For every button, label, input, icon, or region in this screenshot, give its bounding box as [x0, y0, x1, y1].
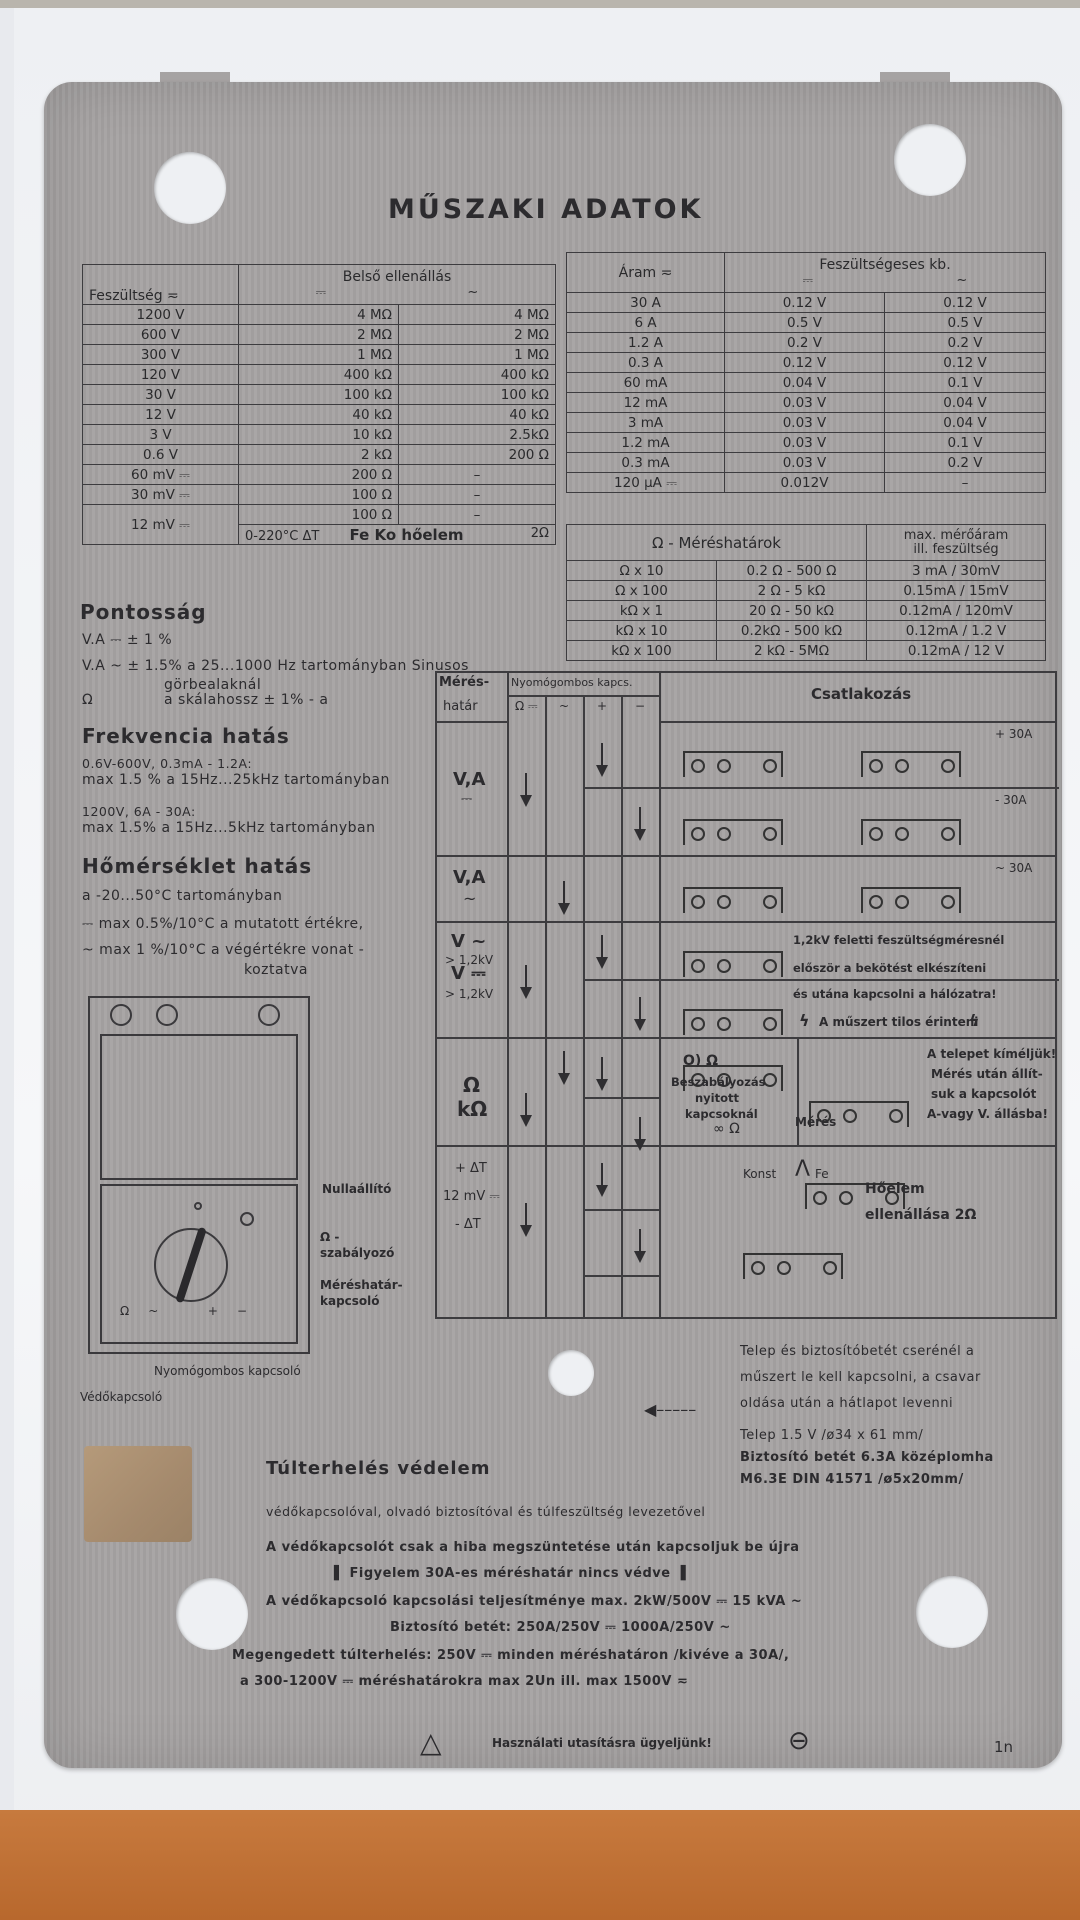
label-plus-30a: + 30A: [995, 727, 1032, 741]
ac-resistance-cell: –: [399, 465, 556, 485]
ohm-span-cell: 20 Ω - 50 kΩ: [717, 601, 867, 621]
dc-drop-cell: 0.12 V: [725, 293, 885, 313]
ohm-adjust-line-3: kapcsoknál: [685, 1107, 758, 1121]
connection-table: Mérés- határ Nyomógombos kapcs. Ω ⎓ ~ + …: [435, 671, 1057, 1319]
lightning-icon: ϟ: [799, 1011, 810, 1030]
dc-drop-cell: 0.04 V: [725, 373, 885, 393]
ohm-range-cell: kΩ x 100: [567, 641, 717, 661]
minus-column: −: [635, 699, 645, 713]
accuracy-line-3b: a skálahossz ± 1% - a: [164, 692, 328, 708]
ac-drop-cell: 0.12 V: [885, 293, 1046, 313]
ac-drop-cell: –: [885, 473, 1046, 493]
row-sub-v-ac-hv: > 1,2kV: [445, 953, 493, 967]
current-cell: 0.3 A: [567, 353, 725, 373]
temperature-line-1: a -20...50°C tartományban: [82, 888, 282, 904]
thermo-value: 2Ω: [531, 526, 549, 541]
range-switch-label-line1: Méréshatár-: [320, 1278, 403, 1292]
table-row: 1200 V4 MΩ4 MΩ: [83, 305, 556, 325]
hv-note-2: először a bekötést elkészíteni: [793, 961, 986, 975]
voltage-cell: 12 mV ⎓: [83, 505, 239, 545]
temperature-line-2: ⎓ max 0.5%/10°C a mutatott értékre,: [82, 916, 364, 932]
table-row: 120 V400 kΩ400 kΩ: [83, 365, 556, 385]
temperature-line-3: ~ max 1 %/10°C a végértékre vonat -: [82, 942, 364, 958]
dc-resistance-cell: 1 MΩ: [239, 345, 399, 365]
terminal-diagram: [861, 887, 961, 913]
meter-front-diagram: [88, 996, 310, 1354]
dc-resistance-cell: 2 kΩ: [239, 445, 399, 465]
battery-note-1: A telepet kíméljük!: [927, 1047, 1056, 1061]
voltage-cell: 120 V: [83, 365, 239, 385]
row-sub-va-ac: ~: [463, 889, 476, 908]
table-row: 60 mV ⎓200 Ω–: [83, 465, 556, 485]
battery-info-line-5: Biztosító betét 6.3A középlomha: [740, 1450, 994, 1465]
row-label-va-dc: V,A: [453, 769, 485, 790]
dc-drop-cell: 0.2 V: [725, 333, 885, 353]
table-row: 12 V40 kΩ40 kΩ: [83, 405, 556, 425]
dc-drop-cell: 0.03 V: [725, 433, 885, 453]
ac-resistance-cell: 2.5kΩ: [399, 425, 556, 445]
ohm-adjust-knob-icon: O) Ω: [683, 1053, 718, 1069]
max-current-header: max. mérőáram ill. feszültség: [867, 525, 1046, 561]
mounting-hole-bottom-right: [916, 1576, 988, 1648]
frequency-line-2: max 1.5 % a 15Hz...25kHz tartományban: [82, 772, 390, 788]
ohm-span-cell: 2 kΩ - 5MΩ: [717, 641, 867, 661]
battery-info-line-2: műszert le kell kapcsolni, a csavar: [740, 1370, 981, 1385]
overload-warning: ▌ Figyelem 30A-es méréshatár nincs védve…: [334, 1566, 686, 1581]
arrow-down-icon: [639, 807, 641, 833]
zero-adjust-label: Nullaállító: [322, 1182, 391, 1196]
table-row: 600 V2 MΩ2 MΩ: [83, 325, 556, 345]
paper-left-edge: [0, 8, 14, 1810]
row-sub-kohm: kΩ: [457, 1097, 487, 1121]
ac-drop-cell: 0.04 V: [885, 413, 1046, 433]
table-row: 1.2 mA0.03 V0.1 V: [567, 433, 1046, 453]
ohm-adjust-knob-icon: [240, 1212, 254, 1226]
arrow-down-icon: [639, 1117, 641, 1143]
range-header-line2: határ: [443, 699, 478, 714]
ohm-ranges-header: Ω - Méréshatárok: [567, 525, 867, 561]
current-cell: 3 mA: [567, 413, 725, 433]
ac-drop-cell: 0.12 V: [885, 353, 1046, 373]
dc-resistance-cell: 400 kΩ: [239, 365, 399, 385]
meter-button-labels: Ω ~ + −: [120, 1304, 247, 1318]
ac-column: ~: [559, 699, 569, 713]
terminal-diagram: [861, 819, 961, 845]
paper-sticker-residue: [84, 1446, 192, 1542]
dc-resistance-cell: 100 Ω: [239, 505, 399, 525]
arrow-down-icon: [563, 881, 565, 907]
push-switch-header: Nyomógombos kapcs.: [511, 676, 632, 689]
dc-resistance-cell: 100 kΩ: [239, 385, 399, 405]
current-cell: 30 A: [567, 293, 725, 313]
ac-resistance-cell: 4 MΩ: [399, 305, 556, 325]
voltage-cell: 12 V: [83, 405, 239, 425]
accuracy-line-1: V.A ⎓ ± 1 %: [82, 632, 172, 648]
max-current-header-line1: max. mérőáram: [873, 529, 1039, 543]
overload-line-5: Megengedett túlterhelés: 250V ⎓ minden m…: [232, 1648, 789, 1663]
thermo-cell: 0-220°C ΔT Fe Ko hőelem 2Ω: [239, 525, 556, 545]
fe-label: Fe: [815, 1167, 829, 1181]
battery-info-line-4: Telep 1.5 V /ø34 x 61 mm/: [740, 1428, 923, 1443]
dc-drop-cell: 0.03 V: [725, 453, 885, 473]
ac-resistance-cell: 40 kΩ: [399, 405, 556, 425]
dc-drop-cell: 0.03 V: [725, 413, 885, 433]
mounting-hole-bottom-left: [176, 1578, 248, 1650]
current-cell: 1.2 mA: [567, 433, 725, 453]
zero-adjust-screw-icon: [194, 1202, 202, 1210]
table-row: 0.3 A0.12 V0.12 V: [567, 353, 1046, 373]
overload-warning-text: Figyelem 30A-es méréshatár nincs védve: [350, 1566, 671, 1581]
range-header-line1: Mérés-: [439, 675, 489, 690]
row-label-ohm: Ω: [463, 1073, 480, 1097]
overload-line-4: Biztosító betét: 250A/250V ⎓ 1000A/250V …: [390, 1620, 731, 1635]
thermo-note-1: Hőelem: [865, 1181, 925, 1197]
label-minus-30a: - 30A: [995, 793, 1027, 807]
table-row: 3 V10 kΩ2.5kΩ: [83, 425, 556, 445]
paper-top-edge: [0, 0, 1080, 8]
ohm-range-cell: Ω x 10: [567, 561, 717, 581]
ohm-range-cell: Ω x 100: [567, 581, 717, 601]
table-row: kΩ x 1002 kΩ - 5MΩ0.12mA / 12 V: [567, 641, 1046, 661]
terminal-diagram: [683, 819, 783, 845]
row-sub-va-dc: ⎓: [461, 791, 472, 807]
overload-heading: Túlterhelés védelem: [266, 1458, 491, 1479]
wooden-table-surface: [0, 1810, 1080, 1920]
dc-drop-cell: 0.5 V: [725, 313, 885, 333]
meter-scale-window: [100, 1034, 298, 1180]
terminal-icon: [110, 1004, 132, 1026]
voltage-cell: 600 V: [83, 325, 239, 345]
table-row: 1.2 A0.2 V0.2 V: [567, 333, 1046, 353]
current-cell: 0.3 mA: [567, 453, 725, 473]
dc-resistance-cell: 40 kΩ: [239, 405, 399, 425]
terminal-diagram: [683, 1009, 783, 1035]
table-row: 30 mV ⎓100 Ω–: [83, 485, 556, 505]
ac-resistance-cell: 2 MΩ: [399, 325, 556, 345]
table-row: 30 A0.12 V0.12 V: [567, 293, 1046, 313]
thermo-note-2: ellenállása 2Ω: [865, 1207, 976, 1223]
terminal-icon: [156, 1004, 178, 1026]
battery-info-line-1: Telep és biztosítóbetét cserénél a: [740, 1344, 974, 1359]
table-row: Ω x 1002 Ω - 5 kΩ0.15mA / 15mV: [567, 581, 1046, 601]
row-label-va-ac: V,A: [453, 867, 485, 888]
ohm-span-cell: 2 Ω - 5 kΩ: [717, 581, 867, 601]
infinity-icon: ∞ Ω: [713, 1121, 740, 1137]
ac-resistance-cell: 400 kΩ: [399, 365, 556, 385]
lightning-icon: ϟ: [969, 1011, 980, 1030]
ohm-max-cell: 0.15mA / 15mV: [867, 581, 1046, 601]
ac-resistance-cell: –: [399, 505, 556, 525]
frequency-line-1: 0.6V-600V, 0.3mA - 1.2A:: [82, 756, 252, 771]
ac-resistance-cell: –: [399, 485, 556, 505]
dc-resistance-cell: 4 MΩ: [239, 305, 399, 325]
warning-triangle-icon: △: [420, 1726, 442, 1759]
footer-note: Használati utasításra ügyeljünk!: [492, 1736, 712, 1750]
arrow-down-icon: [525, 965, 527, 991]
terminal-diagram: [683, 751, 783, 777]
terminal-diagram: [683, 887, 783, 913]
table-row: 12 mV ⎓100 Ω–: [83, 505, 556, 525]
accuracy-ohm-symbol: Ω: [82, 692, 93, 708]
table-row: Ω x 100.2 Ω - 500 Ω3 mA / 30mV: [567, 561, 1046, 581]
thermo-label: Fe Ko hőelem: [349, 526, 463, 544]
ac-symbol: ~: [956, 273, 967, 288]
arrow-down-icon: [601, 935, 603, 961]
dc-symbol: ⎓: [316, 285, 326, 300]
ac-symbol: ~: [467, 285, 478, 300]
ac-drop-cell: 0.1 V: [885, 373, 1046, 393]
hv-note-1: 1,2kV feletti feszültségméresnél: [793, 933, 1004, 947]
current-cell: 1.2 A: [567, 333, 725, 353]
overload-line-6: a 300-1200V ⎓ méréshatárokra max 2Un ill…: [240, 1674, 688, 1689]
dc-drop-cell: 0.03 V: [725, 393, 885, 413]
current-cell: 60 mA: [567, 373, 725, 393]
label-ac-30a: ~ 30A: [995, 861, 1032, 875]
row-label-thermo-minus: - ΔT: [455, 1217, 481, 1232]
table-row: 30 V100 kΩ100 kΩ: [83, 385, 556, 405]
terminal-diagram: [743, 1253, 843, 1279]
battery-info-line-6: M6.3E DIN 41571 /ø5x20mm/: [740, 1472, 964, 1487]
voltage-header: Feszültség ≂: [83, 265, 239, 305]
ohm-adjust-line-1: Beszabályozás: [671, 1075, 766, 1089]
arrow-down-icon: [525, 1093, 527, 1119]
current-cell: 12 mA: [567, 393, 725, 413]
table-row: 0.3 mA0.03 V0.2 V: [567, 453, 1046, 473]
arrow-left-icon: ◀–––––: [644, 1400, 696, 1419]
connection-header: Csatlakozás: [811, 685, 911, 703]
current-cell: 120 µA ⎓: [567, 473, 725, 493]
konst-label: Konst: [743, 1167, 776, 1181]
ac-drop-cell: 0.1 V: [885, 433, 1046, 453]
ohm-span-cell: 0.2 Ω - 500 Ω: [717, 561, 867, 581]
voltage-drop-label: Feszültségeses kb.: [731, 257, 1039, 273]
voltage-cell: 60 mV ⎓: [83, 465, 239, 485]
current-header: Áram ≂: [567, 253, 725, 293]
ohm-max-cell: 0.12mA / 1.2 V: [867, 621, 1046, 641]
table-row: kΩ x 100.2kΩ - 500 kΩ0.12mA / 1.2 V: [567, 621, 1046, 641]
dc-resistance-cell: 2 MΩ: [239, 325, 399, 345]
row-sub-v-dc-hv: > 1,2kV: [445, 987, 493, 1001]
ohm-adjust-label-line1: Ω -: [320, 1230, 339, 1244]
plate-mark: 1n: [994, 1738, 1013, 1756]
ac-drop-cell: 0.04 V: [885, 393, 1046, 413]
ac-resistance-cell: 1 MΩ: [399, 345, 556, 365]
table-row: 60 mA0.04 V0.1 V: [567, 373, 1046, 393]
mounting-hole-top-left: [154, 152, 226, 224]
ohm-adjust-label-line2: szabályozó: [320, 1246, 394, 1260]
current-voltage-drop-table: Áram ≂ Feszültségeses kb. ⎓~ 30 A0.12 V0…: [566, 252, 1046, 493]
mounting-hole-center: [548, 1350, 594, 1396]
arrow-down-icon: [601, 1057, 603, 1083]
temperature-line-4: koztatva: [244, 962, 308, 978]
temperature-heading: Hőmérséklet hatás: [82, 854, 312, 878]
ohm-adjust-line-2: nyitott: [695, 1091, 739, 1105]
arrow-down-icon: [639, 1229, 641, 1255]
technical-data-plate: MŰSZAKI ADATOK Feszültség ≂ Belső ellená…: [44, 82, 1062, 1768]
ac-resistance-cell: 200 Ω: [399, 445, 556, 465]
range-switch-label-line2: kapcsoló: [320, 1294, 380, 1308]
thermocouple-icon: Λ: [795, 1157, 810, 1182]
dc-resistance-cell: 200 Ω: [239, 465, 399, 485]
table-row: 120 µA ⎓0.012V–: [567, 473, 1046, 493]
ohm-span-cell: 0.2kΩ - 500 kΩ: [717, 621, 867, 641]
frequency-heading: Frekvencia hatás: [82, 724, 290, 748]
ac-drop-cell: 0.2 V: [885, 453, 1046, 473]
dc-resistance-cell: 100 Ω: [239, 485, 399, 505]
table-row: 300 V1 MΩ1 MΩ: [83, 345, 556, 365]
arrow-down-icon: [563, 1051, 565, 1077]
current-cell: 6 A: [567, 313, 725, 333]
arrow-down-icon: [601, 743, 603, 769]
table-row: 3 mA0.03 V0.04 V: [567, 413, 1046, 433]
table-row: 6 A0.5 V0.5 V: [567, 313, 1046, 333]
voltage-cell: 30 mV ⎓: [83, 485, 239, 505]
dc-drop-cell: 0.012V: [725, 473, 885, 493]
arrow-down-icon: [601, 1163, 603, 1189]
voltage-resistance-table: Feszültség ≂ Belső ellenállás ⎓~ 1200 V4…: [82, 264, 556, 545]
terminal-diagram: [683, 951, 783, 977]
mounting-hole-top-right: [894, 124, 966, 196]
ohm-max-cell: 0.12mA / 120mV: [867, 601, 1046, 621]
manufacturer-logo-icon: ⊖: [788, 1726, 810, 1756]
ohm-range-cell: kΩ x 1: [567, 601, 717, 621]
frequency-line-4: max 1.5% a 15Hz...5kHz tartományban: [82, 820, 375, 836]
overload-line-2: A védőkapcsolót csak a hiba megszüntetés…: [266, 1540, 799, 1555]
table-row: kΩ x 120 Ω - 50 kΩ0.12mA / 120mV: [567, 601, 1046, 621]
terminal-diagram: [861, 751, 961, 777]
push-switch-label: Nyomógombos kapcsoló: [154, 1364, 301, 1378]
table-row: 0.6 V2 kΩ200 Ω: [83, 445, 556, 465]
accuracy-line-3a: görbealaknál: [164, 678, 261, 692]
table-row: 12 mA0.03 V0.04 V: [567, 393, 1046, 413]
ac-drop-cell: 0.5 V: [885, 313, 1046, 333]
ohm-dc-column: Ω ⎓: [515, 699, 538, 714]
voltage-drop-header: Feszültségeses kb. ⎓~: [725, 253, 1046, 293]
touch-warning: A műszert tilos érinteni: [819, 1015, 978, 1029]
battery-note-3: suk a kapcsolót: [931, 1087, 1036, 1101]
battery-note-2: Mérés után állít-: [931, 1067, 1043, 1081]
internal-resistance-header: Belső ellenállás ⎓~: [239, 265, 556, 305]
thermo-range: 0-220°C ΔT: [245, 529, 319, 544]
voltage-cell: 0.6 V: [83, 445, 239, 465]
arrow-down-icon: [525, 773, 527, 799]
ohm-ranges-table: Ω - Méréshatárok max. mérőáram ill. fesz…: [566, 524, 1046, 661]
dc-symbol: ⎓: [803, 273, 813, 288]
battery-info-line-3: oldása után a hátlapot levenni: [740, 1396, 953, 1411]
ac-resistance-cell: 100 kΩ: [399, 385, 556, 405]
voltage-cell: 3 V: [83, 425, 239, 445]
ohm-max-cell: 0.12mA / 12 V: [867, 641, 1046, 661]
ac-drop-cell: 0.2 V: [885, 333, 1046, 353]
max-current-header-line2: ill. feszültség: [873, 543, 1039, 557]
battery-note-4: A-vagy V. állásba!: [927, 1107, 1048, 1121]
row-sub-thermo: 12 mV ⎓: [443, 1189, 500, 1204]
voltage-cell: 300 V: [83, 345, 239, 365]
arrow-down-icon: [525, 1203, 527, 1229]
accuracy-line-2: V.A ~ ± 1.5% a 25...1000 Hz tartományban…: [82, 658, 469, 674]
overload-line-3: A védőkapcsoló kapcsolási teljesítménye …: [266, 1594, 802, 1609]
protection-switch-label: Védőkapcsoló: [80, 1390, 162, 1404]
plus-column: +: [597, 699, 607, 713]
row-label-v-ac-hv-text: V ~: [451, 931, 486, 952]
voltage-cell: 30 V: [83, 385, 239, 405]
voltage-cell: 1200 V: [83, 305, 239, 325]
measure-label: Mérés: [795, 1115, 836, 1129]
hv-note-3: és utána kapcsolni a hálózatra!: [793, 987, 997, 1001]
frequency-line-3: 1200V, 6A - 30A:: [82, 804, 196, 819]
arrow-down-icon: [639, 997, 641, 1023]
accuracy-heading: Pontosság: [80, 600, 207, 624]
ohm-max-cell: 3 mA / 30mV: [867, 561, 1046, 581]
overload-line-1: védőkapcsolóval, olvadó biztosítóval és …: [266, 1504, 705, 1519]
terminal-icon: [258, 1004, 280, 1026]
dc-resistance-cell: 10 kΩ: [239, 425, 399, 445]
page-title: MŰSZAKI ADATOK: [388, 194, 703, 225]
dc-drop-cell: 0.12 V: [725, 353, 885, 373]
internal-resistance-label: Belső ellenállás: [245, 269, 549, 285]
row-label-thermo-plus: + ΔT: [455, 1161, 487, 1176]
ohm-range-cell: kΩ x 10: [567, 621, 717, 641]
